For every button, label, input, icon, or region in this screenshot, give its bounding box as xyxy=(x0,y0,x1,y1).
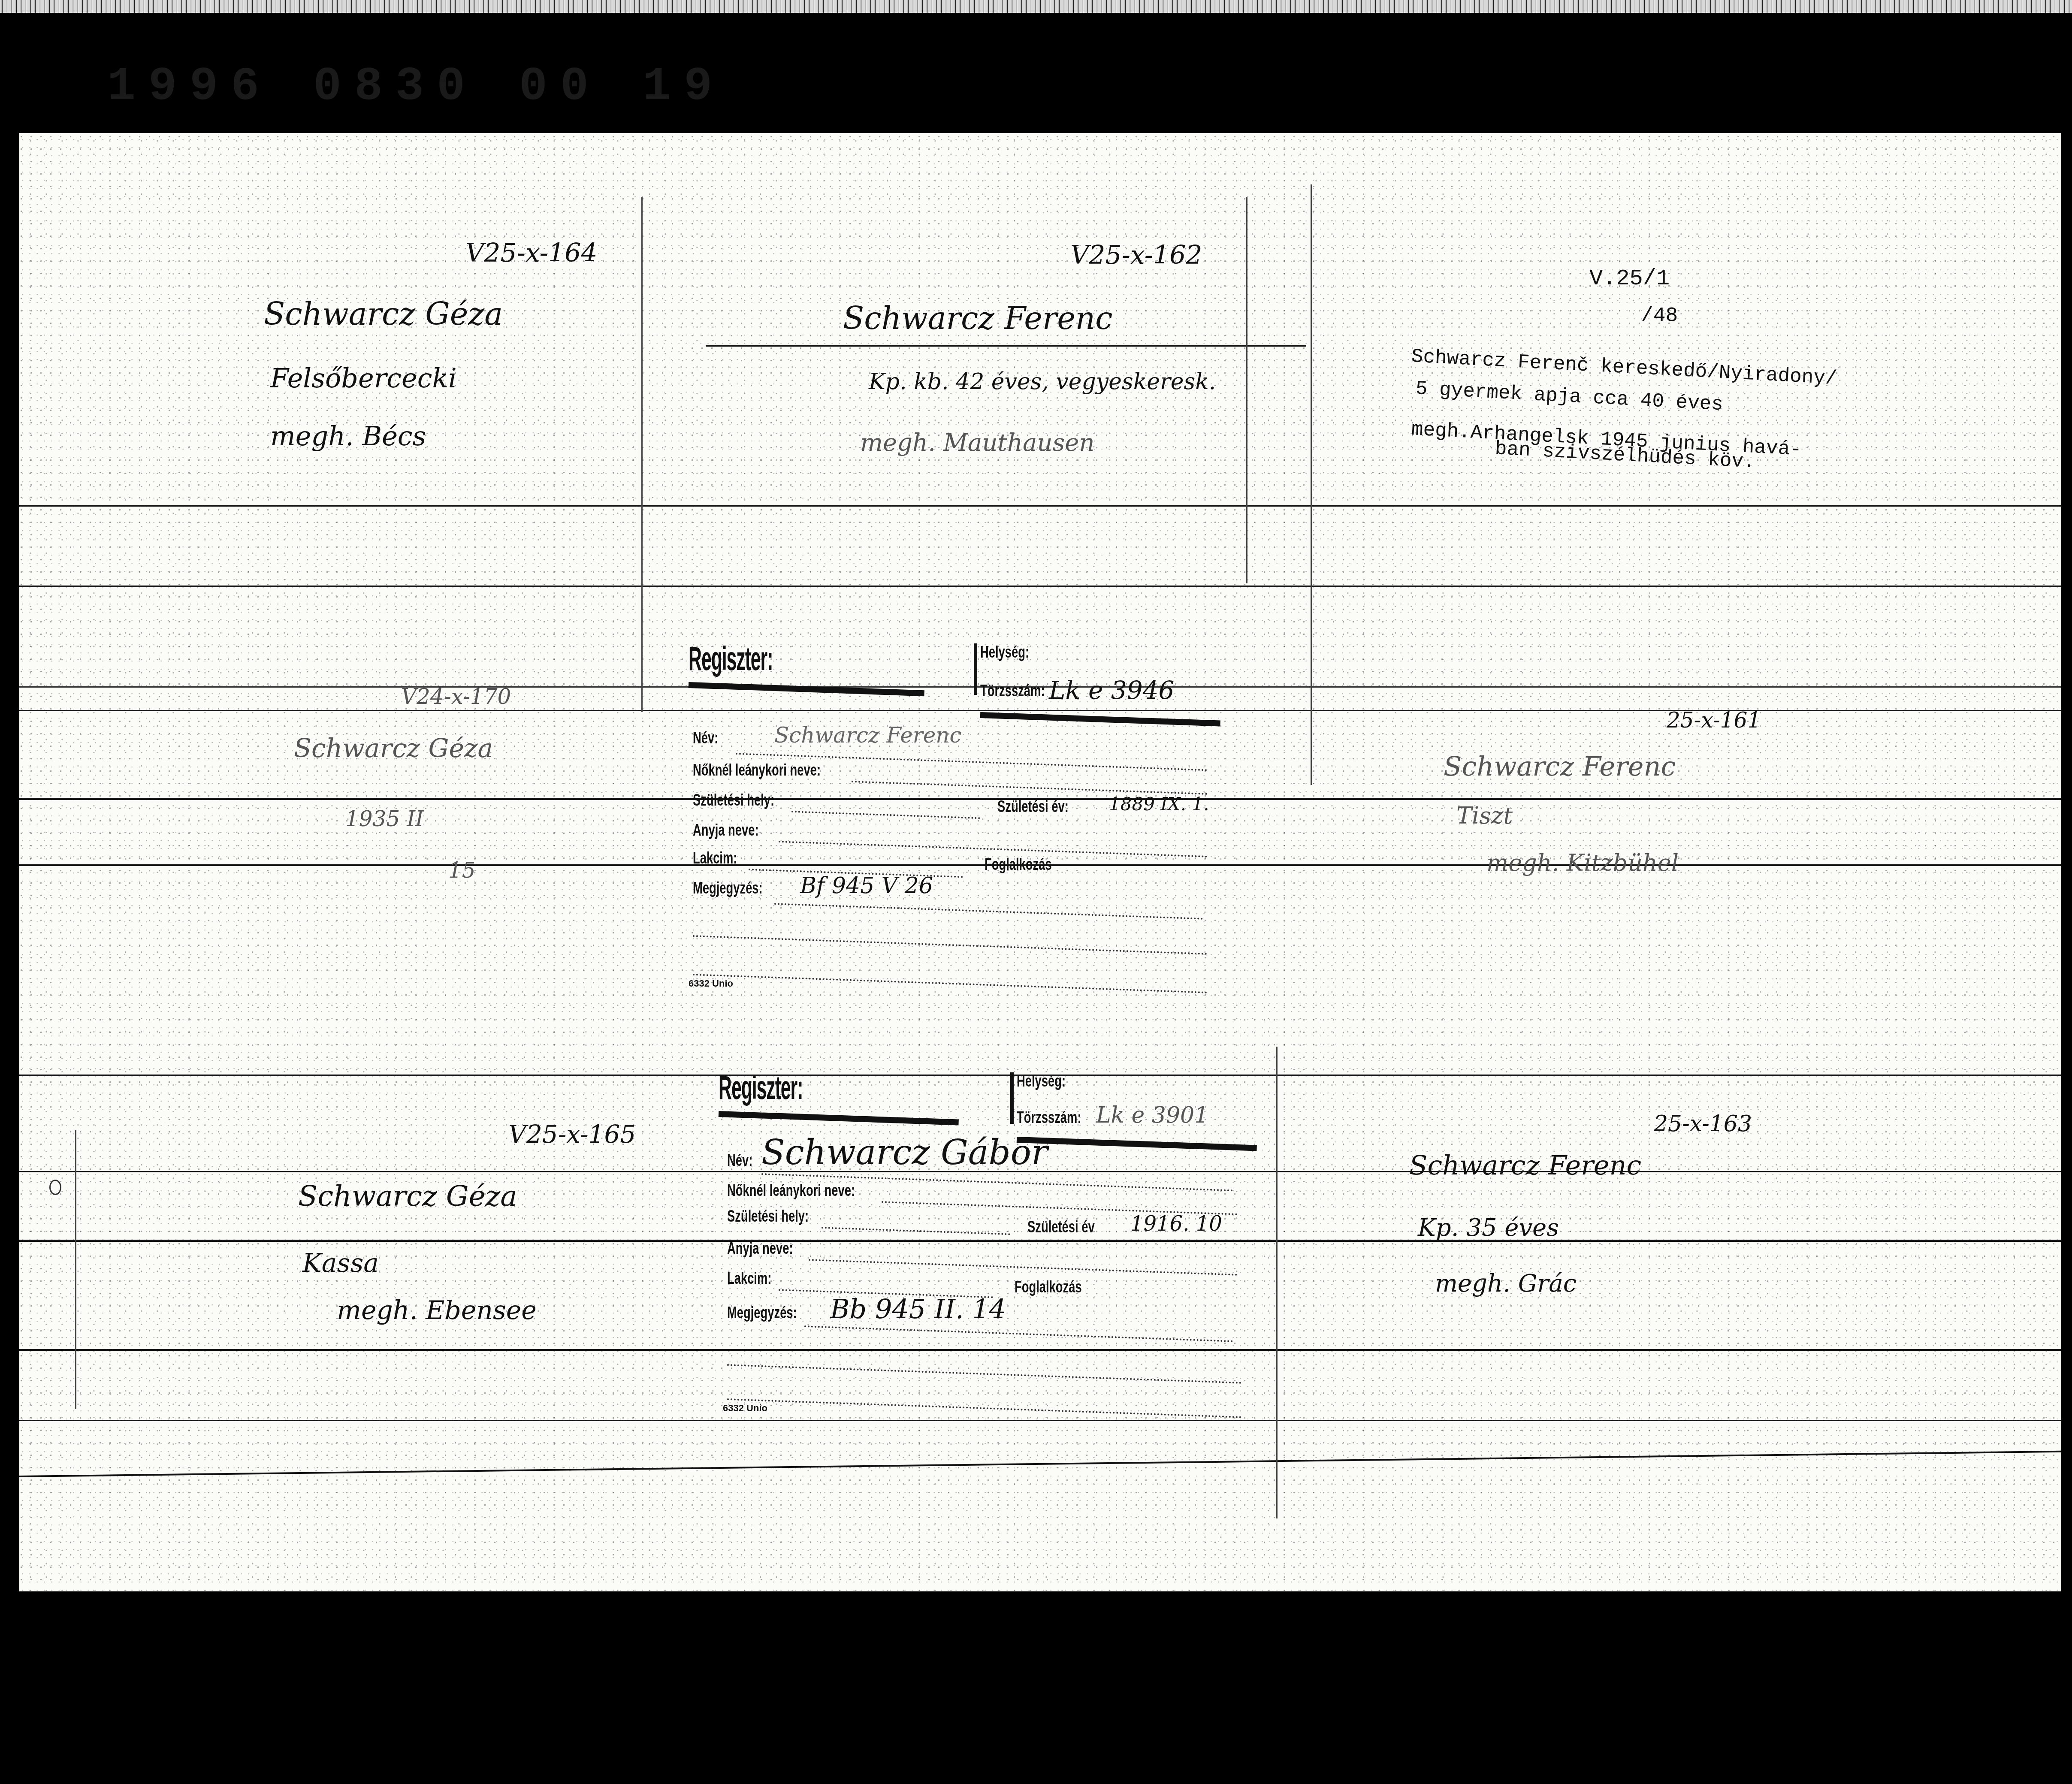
person-name: Schwarcz Géza xyxy=(294,734,493,764)
label-noknel: Nőknél leánykori neve: xyxy=(727,1182,855,1200)
rule-line xyxy=(19,586,2061,587)
fill-line xyxy=(774,903,1203,920)
rule-line xyxy=(19,505,2061,507)
card-line: megh. Mauthausen xyxy=(860,429,1095,457)
title-underline xyxy=(689,682,924,696)
label-torzsszam: Törzsszám: xyxy=(980,682,1045,700)
ref-number: 25-x-161 xyxy=(1667,708,1761,733)
ref-number: V.25/1 xyxy=(1589,266,1670,291)
person-name: Schwarcz Géza xyxy=(264,296,503,332)
person-name: Schwarcz Ferenc xyxy=(843,300,1113,336)
punch-hole xyxy=(49,1180,61,1195)
card-line: Tiszt xyxy=(1456,802,1513,829)
card-line: Felsőbercecki xyxy=(270,362,457,394)
label-anyja: Anyja neve: xyxy=(727,1240,793,1258)
fill-line xyxy=(809,1259,1238,1276)
rule-line xyxy=(706,345,1306,347)
fill-line xyxy=(779,841,1208,857)
label-lakcim: Lakcim: xyxy=(727,1270,771,1288)
card-edge xyxy=(1276,1047,1278,1518)
value-megjegyzes: Bb 945 II. 14 xyxy=(830,1293,1006,1325)
ref-number-sub: /48 xyxy=(1641,305,1678,328)
fill-line xyxy=(791,811,980,819)
value-szul-ev: 1916. 10 xyxy=(1130,1212,1222,1236)
card-line: Kp. 35 éves xyxy=(1418,1214,1559,1242)
title-underline xyxy=(1017,1137,1257,1151)
card-line: megh. Grác xyxy=(1435,1270,1577,1298)
card-line: megh. Kitzbühel xyxy=(1486,849,1679,876)
card-line: megh. Bécs xyxy=(270,420,426,452)
label-foglalkozas: Foglalkozás xyxy=(985,856,1052,874)
fill-line xyxy=(804,1325,1233,1342)
register-card: Regiszter: Helység: Törzsszám: Lk e 3946… xyxy=(689,639,1246,1068)
ref-number: V25-x-165 xyxy=(508,1120,636,1149)
label-helyseg: Helység: xyxy=(980,643,1029,662)
label-szul-ev: Születési év: xyxy=(997,798,1069,816)
fill-line xyxy=(727,1398,1241,1418)
card-edge xyxy=(1246,197,1247,583)
value-szul-ev: 1889 IX. 1. xyxy=(1109,794,1209,815)
label-helyseg: Helység: xyxy=(1017,1072,1066,1091)
label-szul-hely: Születési hely: xyxy=(727,1207,809,1226)
typed-line: 5 gyermek apja cca 40 éves xyxy=(1415,377,1724,416)
value-torzsszam: Lk e 3901 xyxy=(1096,1102,1208,1128)
label-anyja: Anyja neve: xyxy=(693,821,759,840)
person-name: Schwarcz Ferenc xyxy=(1409,1150,1641,1181)
card-divider xyxy=(1010,1072,1014,1124)
card-line: 1935 II xyxy=(345,806,424,831)
label-szul-hely: Születési hely: xyxy=(693,791,774,810)
card-divider xyxy=(974,643,977,695)
title-underline xyxy=(719,1111,959,1126)
label-nev: Név: xyxy=(727,1152,752,1170)
ref-number: V24-x-170 xyxy=(401,684,511,709)
card-edge xyxy=(75,1130,76,1409)
card-title: Regiszter: xyxy=(689,639,773,678)
label-nev: Név: xyxy=(693,729,718,748)
label-szul-ev: Születési év xyxy=(1027,1218,1095,1237)
value-nev: Schwarcz Gábor xyxy=(761,1132,1048,1172)
fill-line xyxy=(822,1227,1010,1235)
card-title: Regiszter: xyxy=(719,1068,803,1107)
ref-number: 25-x-163 xyxy=(1654,1111,1752,1137)
label-foglalkozas: Foglalkozás xyxy=(1015,1278,1082,1297)
card-line: Kassa xyxy=(302,1248,379,1278)
printer-mark: 6332 Unio xyxy=(689,978,733,989)
label-megjegyzes: Megjegyzés: xyxy=(727,1304,797,1322)
title-underline xyxy=(980,712,1220,727)
card-edge xyxy=(641,197,643,712)
label-lakcim: Lakcim: xyxy=(693,849,737,868)
document-sheet: V25-x-164 Schwarcz Géza Felsőbercecki me… xyxy=(19,133,2061,1591)
value-torzsszam: Lk e 3946 xyxy=(1049,676,1174,705)
fill-line xyxy=(727,1364,1241,1384)
card-edge xyxy=(1311,184,1312,785)
printer-mark: 6332 Unio xyxy=(723,1403,767,1414)
card-line: megh. Ebensee xyxy=(337,1295,537,1325)
value-megjegyzes: Bf 945 V 26 xyxy=(800,873,933,899)
fill-line xyxy=(852,781,1208,795)
fill-line xyxy=(693,935,1207,955)
label-torzsszam: Törzsszám: xyxy=(1017,1109,1081,1127)
film-strip-edge xyxy=(0,0,2072,13)
card-line: 15 xyxy=(448,858,476,883)
label-noknel: Nőknél leánykori neve: xyxy=(693,761,821,780)
person-name: Schwarcz Ferenc xyxy=(1444,751,1676,782)
ref-number: V25-x-162 xyxy=(1070,240,1202,270)
fill-line xyxy=(693,974,1207,993)
card-line: Kp. kb. 42 éves, vegyeskeresk. xyxy=(869,369,1216,395)
ref-number: V25-x-164 xyxy=(465,238,598,268)
person-name: Schwarcz Géza xyxy=(298,1180,517,1213)
label-megjegyzes: Megjegyzés: xyxy=(693,879,763,898)
film-frame-code: 1996 0830 00 19 xyxy=(107,60,725,114)
register-card: Regiszter: Helység: Törzsszám: Lk e 3901… xyxy=(719,1068,1276,1497)
value-nev: Schwarcz Ferenc xyxy=(774,723,961,748)
